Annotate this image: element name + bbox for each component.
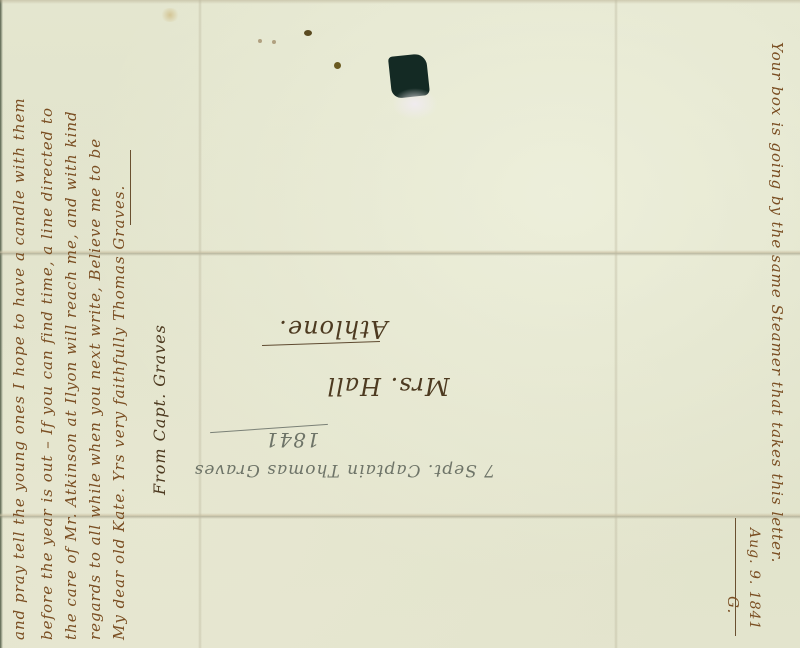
fold-line-vertical-right bbox=[614, 0, 618, 648]
fold-line-vertical-left bbox=[198, 0, 202, 648]
paper-left-edge bbox=[0, 0, 3, 648]
letter-line: and pray tell the young ones I hope to h… bbox=[10, 97, 28, 640]
postscript-line: Your box is going by the same Steamer th… bbox=[768, 42, 786, 563]
seal-stain bbox=[392, 88, 438, 120]
ink-speck bbox=[272, 40, 276, 44]
letter-line: before the year is out – If you can find… bbox=[38, 107, 56, 640]
pencil-note-year: 1841 bbox=[262, 428, 322, 452]
postscript-date: Aug. 9. 1841 bbox=[746, 528, 762, 630]
pencil-note-line: 7 Sept. Captain Thomas Graves bbox=[255, 460, 495, 480]
letter-line: the care of Mr. Atkinson at Ilyon will r… bbox=[62, 110, 80, 640]
docket-note: From Capt. Graves bbox=[150, 324, 169, 495]
paper-top-edge bbox=[0, 0, 800, 4]
addressee-name: Mrs. Hall bbox=[318, 372, 458, 400]
letter-line: regards to all while when you next write… bbox=[86, 138, 104, 640]
postscript-mark: G. bbox=[724, 596, 742, 614]
ink-speck bbox=[258, 39, 262, 43]
letter-sheet: and pray tell the young ones I hope to h… bbox=[0, 0, 800, 648]
letter-line-closing: My dear old Kate. Yrs very faithfully Th… bbox=[110, 185, 128, 640]
ink-speck bbox=[304, 30, 312, 36]
ink-speck bbox=[334, 62, 341, 69]
signature-flourish bbox=[130, 150, 131, 225]
date-underline bbox=[735, 518, 736, 636]
address-place: Athlone. bbox=[258, 315, 408, 343]
stain bbox=[160, 8, 180, 22]
